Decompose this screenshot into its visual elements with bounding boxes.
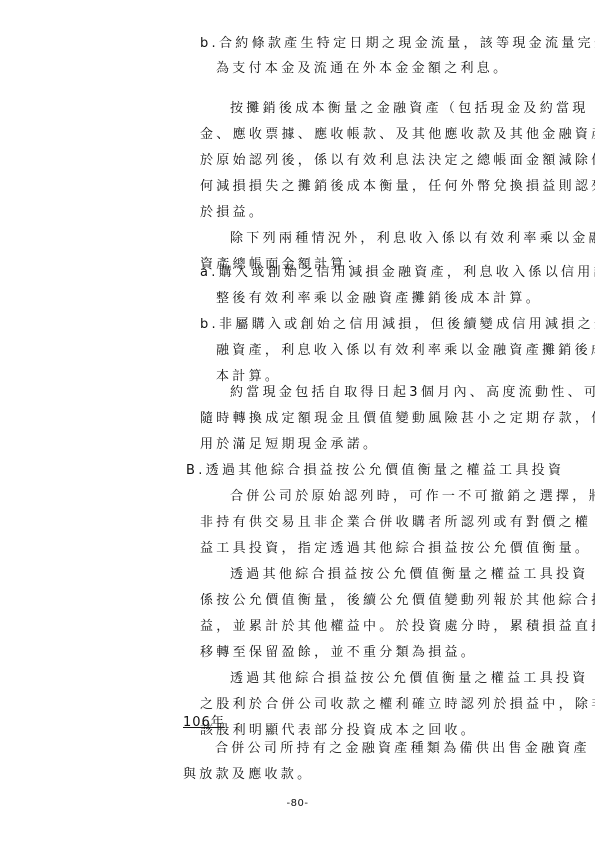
text-line: 合併公司所持有之金融資產種類為備供出售金融資產	[215, 741, 590, 757]
text-line: 之股利於合併公司收款之權利確立時認列於損益中，除非	[200, 697, 595, 713]
text-line: 透過其他綜合損益按公允價值衡量之權益工具投資	[230, 671, 589, 687]
text-line: 於原始認列後，係以有效利息法決定之總帳面金額減除任	[200, 153, 595, 169]
text-line: 為支付本金及流通在外本金金額之利息。	[216, 61, 509, 77]
text-line: B.透過其他綜合損益按公允價值衡量之權益工具投資	[186, 463, 564, 479]
text-line: 該股利明顯代表部分投資成本之回收。	[200, 723, 477, 739]
page-number: -80-	[0, 798, 595, 809]
text-line: 按攤銷後成本衡量之金融資產（包括現金及約當現	[230, 101, 589, 117]
section-heading: 106年	[183, 715, 225, 731]
text-line: 非持有供交易且非企業合併收購者所認列或有對價之權	[200, 515, 591, 531]
text-line: 約當現金包括自取得日起3個月內、高度流動性、可	[230, 385, 595, 401]
text-line: 隨時轉換成定額現金且價值變動風險甚小之定期存款，係	[200, 411, 595, 427]
text-line: 合併公司於原始認列時，可作一不可撤銷之選擇，將	[230, 489, 595, 505]
text-line: 整後有效利率乘以金融資產攤銷後成本計算。	[216, 291, 542, 307]
text-line: 益，並累計於其他權益中。於投資處分時，累積損益直接	[200, 619, 595, 635]
text-line: 用於滿足短期現金承諾。	[200, 437, 379, 453]
text-line: 透過其他綜合損益按公允價值衡量之權益工具投資	[230, 567, 589, 583]
text-line: 係按公允價值衡量，後續公允價值變動列報於其他綜合損	[200, 593, 595, 609]
text-line: 與放款及應收款。	[183, 767, 313, 783]
text-line: 本計算。	[216, 369, 281, 385]
text-line: 金、應收票據、應收帳款、及其他應收款及其他金融資產）	[200, 127, 595, 143]
text-line: 何減損損失之攤銷後成本衡量，任何外幣兌換損益則認列	[200, 179, 595, 195]
text-line: 於損益。	[200, 205, 265, 221]
text-line: 益工具投資，指定透過其他綜合損益按公允價值衡量。	[200, 541, 591, 557]
text-line: b.非屬購入或創始之信用減損，但後續變成信用減損之金	[200, 317, 595, 333]
text-line: 移轉至保留盈餘，並不重分類為損益。	[200, 645, 477, 661]
text-line: 除下列兩種情況外，利息收入係以有效利率乘以金融	[230, 231, 595, 247]
text-line: b.合約條款產生特定日期之現金流量，該等現金流量完全	[200, 36, 595, 52]
text-line: a.購入或創始之信用減損金融資產，利息收入係以信用調	[200, 265, 595, 281]
text-line: 融資產，利息收入係以有效利率乘以金融資產攤銷後成	[216, 343, 595, 359]
